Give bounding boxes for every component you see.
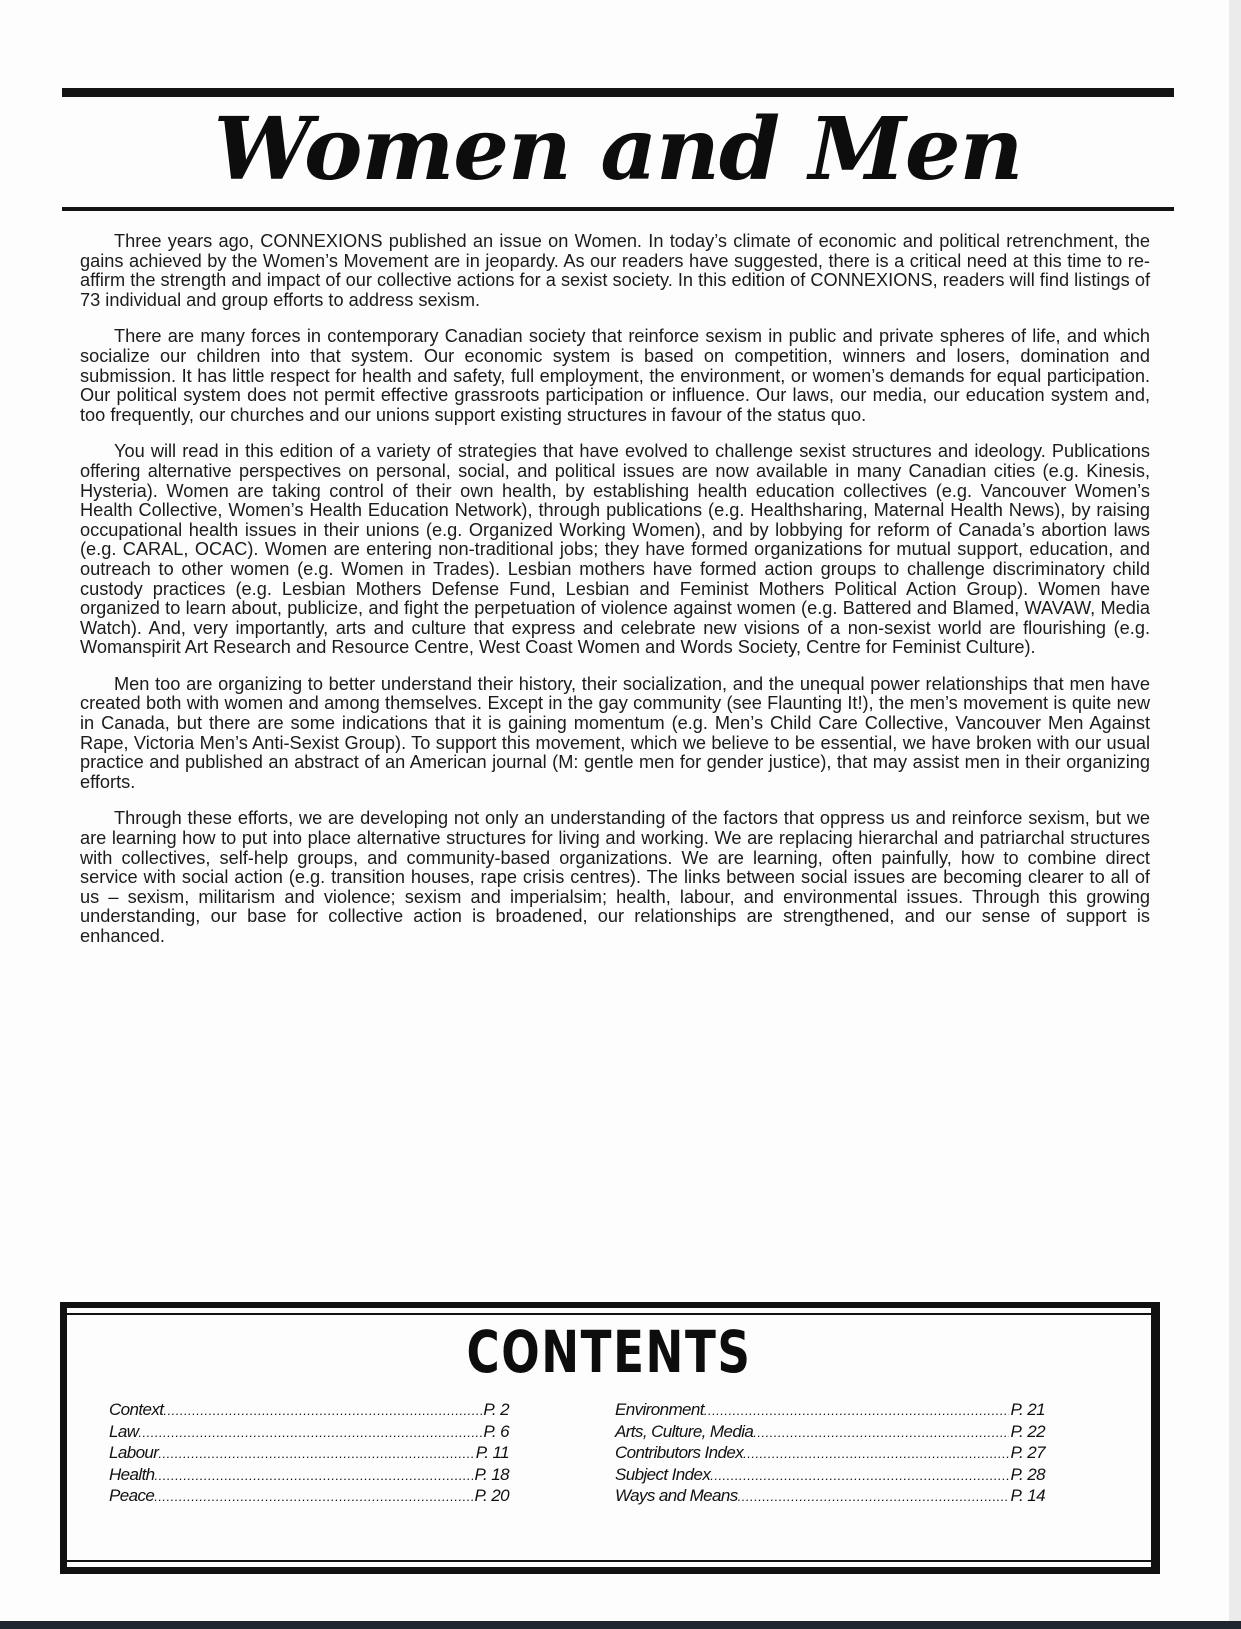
toc-page-number: P. 18	[473, 1465, 509, 1485]
toc-entry-peace[interactable]: Peace P. 20	[109, 1486, 509, 1508]
dot-leader	[743, 1446, 1009, 1461]
toc-label: Ways and Means	[615, 1486, 738, 1506]
paragraph-intro: Three years ago, CONNEXIONS published an…	[80, 232, 1150, 310]
toc-page-number: P. 11	[475, 1443, 509, 1463]
toc-page-number: P. 2	[482, 1400, 509, 1420]
toc-entry-context[interactable]: Context P. 2	[109, 1400, 509, 1422]
toc-page-number: P. 28	[1009, 1465, 1045, 1485]
article-body: Three years ago, CONNEXIONS published an…	[80, 232, 1150, 964]
dot-leader	[155, 1468, 474, 1483]
toc-label: Health	[109, 1465, 155, 1485]
toc-label: Subject Index	[615, 1465, 710, 1485]
toc-entry-subject-index[interactable]: Subject Index P. 28	[615, 1465, 1045, 1487]
paragraph-men: Men too are organizing to better underst…	[80, 675, 1150, 793]
toc-entry-arts-culture-media[interactable]: Arts, Culture, Media P. 22	[615, 1422, 1045, 1444]
dot-leader	[154, 1489, 473, 1504]
toc-page-number: P. 21	[1009, 1400, 1045, 1420]
contents-bottom-inner-rule	[67, 1560, 1151, 1562]
page-edge-shadow	[1229, 0, 1241, 1629]
toc-page-number: P. 20	[473, 1486, 509, 1506]
contents-box: CONTENTS Context P. 2 Law P. 6 Labour P.…	[60, 1302, 1160, 1574]
dot-leader	[158, 1446, 474, 1461]
page-bottom-edge	[0, 1621, 1241, 1629]
dot-leader	[753, 1425, 1009, 1440]
toc-column-right: Environment P. 21 Arts, Culture, Media P…	[615, 1400, 1045, 1508]
toc-label: Context	[109, 1400, 163, 1420]
dot-leader	[710, 1468, 1009, 1483]
dot-leader	[163, 1403, 482, 1418]
toc-entry-ways-and-means[interactable]: Ways and Means P. 14	[615, 1486, 1045, 1508]
paragraph-forces: There are many forces in contemporary Ca…	[80, 327, 1150, 425]
toc-label: Environment	[615, 1400, 704, 1420]
dot-leader	[138, 1425, 482, 1440]
toc-entry-law[interactable]: Law P. 6	[109, 1422, 509, 1444]
toc-entry-health[interactable]: Health P. 18	[109, 1465, 509, 1487]
page-title: Women and Men	[51, 96, 1185, 204]
contents-top-inner-rule	[67, 1313, 1151, 1315]
dot-leader	[704, 1403, 1010, 1418]
dot-leader	[738, 1489, 1010, 1504]
toc-entry-labour[interactable]: Labour P. 11	[109, 1443, 509, 1465]
toc-label: Labour	[109, 1443, 158, 1463]
paragraph-efforts: Through these efforts, we are developing…	[80, 809, 1150, 946]
toc-page-number: P. 14	[1009, 1486, 1045, 1506]
toc-label: Law	[109, 1422, 138, 1442]
paragraph-strategies: You will read in this edition of a varie…	[80, 442, 1150, 658]
title-rule	[62, 207, 1174, 211]
toc-page-number: P. 22	[1009, 1422, 1045, 1442]
toc-entry-contributors-index[interactable]: Contributors Index P. 27	[615, 1443, 1045, 1465]
toc-label: Peace	[109, 1486, 154, 1506]
toc-column-left: Context P. 2 Law P. 6 Labour P. 11 Healt…	[109, 1400, 509, 1508]
toc-label: Contributors Index	[615, 1443, 743, 1463]
toc-label: Arts, Culture, Media	[615, 1422, 753, 1442]
toc-page-number: P. 27	[1009, 1443, 1045, 1463]
toc-page-number: P. 6	[482, 1422, 509, 1442]
contents-heading: CONTENTS	[186, 1320, 1032, 1384]
toc-entry-environment[interactable]: Environment P. 21	[615, 1400, 1045, 1422]
